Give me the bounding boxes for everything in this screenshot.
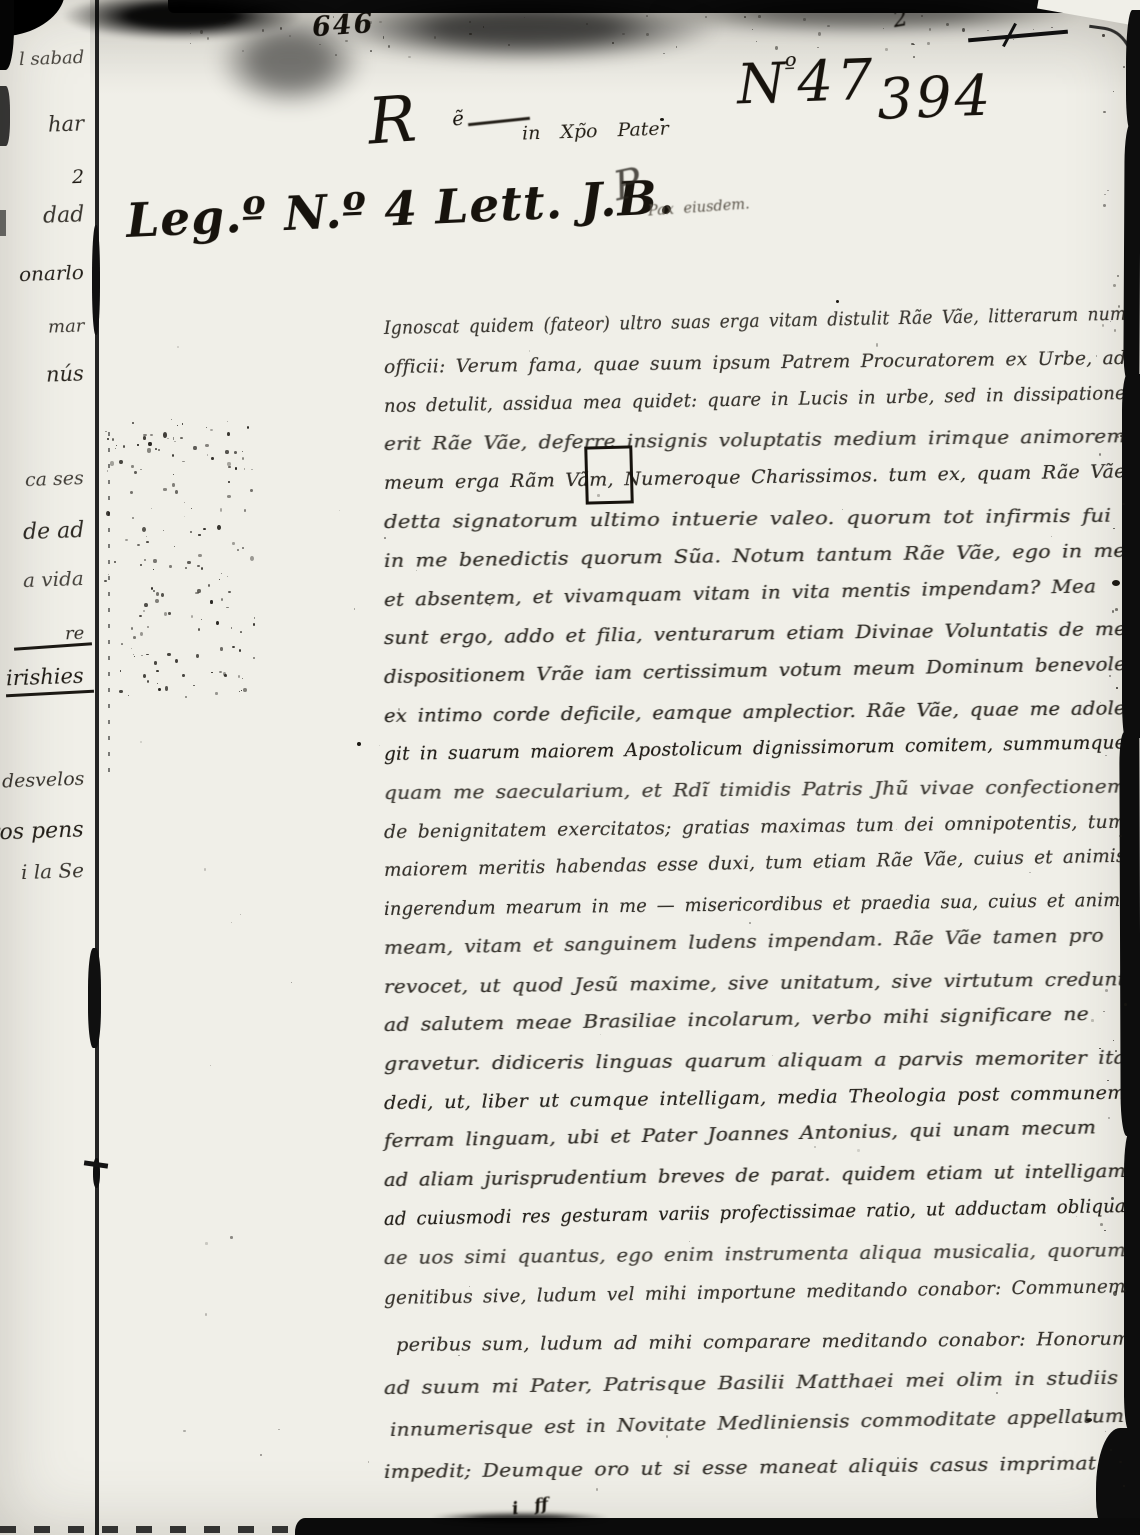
ink-speckle [146,654,148,655]
ink-speckle [1108,1117,1110,1119]
manuscript-line: et absentem, et vivamquam vitam in vita … [384,576,1097,611]
manuscript-line: sunt ergo, addo et filia, venturarum eti… [384,619,1126,649]
ink-speckle [139,615,142,617]
manuscript-line: ex intimo corde deficile, eamque amplect… [384,698,1126,727]
ink-speckle [132,517,133,518]
ink-speckle [1113,528,1114,529]
manuscript-line: dispositionem Vrãe iam certissimum votum… [384,654,1126,688]
ink-speckle [154,661,157,664]
ink-speckle [156,592,159,596]
ink-speckle [1122,503,1125,506]
ink-speckle [163,488,167,490]
ink-speckle [114,561,116,562]
manuscript-line: maiorem meritis habendas esse duxi, tum … [384,846,1126,881]
ink-speckle [183,1430,185,1432]
ink-speckle [597,494,599,497]
ink-speckle [1102,324,1105,327]
ink-speckle [158,688,161,691]
ink-speckle [1091,1019,1093,1022]
ink-speckle [672,443,674,445]
manuscript-line: revocet, ut quod Jesũ maxime, sive unita… [384,969,1126,998]
ink-blot [660,118,664,121]
ink-speckle [105,431,107,432]
ink-speckle [131,465,134,468]
ink-speckle [1123,1290,1126,1292]
ink-speckle [175,659,178,663]
ink-speckle [646,15,648,17]
ink-speckle [1112,610,1114,613]
ink-speckle [133,654,134,655]
ink-speckle [227,495,231,498]
ink-speckle [187,561,190,564]
ink-speckle [1114,329,1116,332]
ink-speckle [215,692,217,695]
letter-body: Ignoscat quidem (fateor) ultro suas erga… [0,0,1140,1535]
ink-speckle [205,1242,207,1245]
ink-speckle [200,30,203,34]
ink-speckle [232,646,235,648]
ink-speckle [191,615,193,618]
ink-speckle [705,16,706,18]
ink-speckle [106,511,110,516]
ink-speckle [121,643,123,645]
manuscript-line: ad cuiusmodi res gesturam variis profect… [384,1196,1126,1230]
ink-blot [1086,1418,1092,1422]
ink-speckle [163,432,167,437]
scan-smudge [430,1512,610,1524]
ink-speckle [1111,1197,1114,1200]
ink-speckle [857,1149,860,1152]
ink-speckle [143,434,146,437]
ink-speckle [151,587,153,590]
ink-speckle [339,510,340,511]
ink-speckle [251,469,252,470]
ink-blot [1112,580,1120,586]
ink-speckle [398,708,400,711]
ink-speckle [144,603,148,607]
ink-speckle [397,982,399,984]
ink-speckle [146,541,149,543]
ink-speckle [235,467,237,469]
scan-edge-bottom-bar [295,1518,1140,1535]
ink-speckle [434,36,436,39]
manuscript-line: git in suarum maiorem Apostolicum dignis… [384,732,1126,765]
ink-speckle [172,454,174,457]
scan-edge-mark [0,210,6,236]
ink-speckle [193,446,196,451]
ink-speckle [216,621,219,625]
manuscript-line: ingerendum mearum in me — misericordibus… [384,890,1127,920]
manuscript-line: ad suum mi Pater, Patrisque Basilii Matt… [384,1368,1119,1399]
ink-speckle [134,471,137,474]
ink-speckle [1051,27,1052,28]
ink-speckle [165,686,168,690]
ink-speckle [458,1355,459,1356]
ink-speckle [1004,437,1005,439]
ink-speckle [803,18,806,21]
ink-speckle [408,56,411,58]
ink-speckle [489,604,492,606]
scan-edge-mark [0,86,10,146]
ink-speckle [242,547,244,549]
manuscript-line: nos detulit, assidua mea quidet: quare i… [384,383,1126,417]
ink-speckle [1117,275,1119,276]
ink-blot [357,742,361,746]
ink-speckle [143,436,147,440]
manuscript-line: innumerisque est in Novitate Medliniensi… [390,1406,1125,1441]
ink-speckle [240,631,242,633]
ink-speckle [1120,435,1123,437]
ink-speckle [205,1313,207,1316]
ink-speckle [110,461,114,465]
manuscript-line: dedi, ut, liber ut cumque intelligam, me… [384,1083,1126,1114]
manuscript-line: meum erga Rãm Vãm, Numeroque Charissimos… [384,461,1126,494]
ink-speckle [168,612,171,615]
ink-speckle [140,469,141,470]
ink-speckle [225,450,229,453]
scanned-manuscript-page: l sabadhar2dadonarlomarnúsca sesde ada v… [0,0,1140,1535]
ink-speckle [242,457,244,460]
ink-speckle [524,17,525,18]
ink-speckle [689,1241,690,1242]
ink-speckle [869,796,871,798]
scan-smudge [650,0,1080,34]
manuscript-line: ad aliam jurisprudentium breves de parat… [384,1161,1126,1191]
ink-speckle [876,343,879,346]
manuscript-line: in me benedictis quorum Sũa. Notum tantu… [384,541,1126,572]
ink-speckle [612,42,614,43]
ink-speckle [197,589,200,594]
manuscript-line: peribus sum, ludum ad mihi comparare med… [396,1329,1131,1356]
ink-speckle [1115,549,1118,552]
ink-speckle [150,434,152,436]
ink-speckle [223,22,226,24]
ink-speckle [622,33,625,36]
ink-speckle [817,47,819,48]
ink-speckle [1110,1449,1112,1451]
ink-speckle [921,15,923,17]
ink-speckle [230,1236,233,1238]
ink-speckle [370,50,372,52]
ink-speckle [1103,1011,1105,1012]
ink-speckle [1119,835,1122,837]
ink-speckle [228,481,230,483]
ink-speckle [155,448,157,450]
ink-speckle [335,54,337,56]
ink-speckle [875,1388,876,1389]
ink-speckle [196,654,199,657]
ink-speckle [210,600,213,603]
ink-speckle [158,449,160,451]
ink-speckle [153,559,156,563]
ink-speckle [237,549,239,551]
ink-speckle [232,542,235,546]
ink-speckle [144,559,145,560]
ink-speckle [171,419,172,420]
ink-speckle [210,1065,211,1066]
scan-edge-right [1124,1130,1140,1430]
manuscript-line: genitibus sive, ludum vel mihi importune… [384,1276,1126,1309]
ink-speckle [146,536,147,538]
manuscript-line: gravetur. didiceris linguas quarum aliqu… [384,1048,1126,1075]
ink-speckle [164,612,167,616]
ink-speckle [198,554,201,557]
ink-speckle [108,574,109,575]
ink-speckle [243,688,247,692]
ink-speckle [172,483,175,487]
ink-speckle [962,28,965,32]
manuscript-line: Ignoscat quidem (fateor) ultro suas erga… [384,304,1127,339]
ink-speckle [929,28,931,31]
ink-speckle [508,44,510,45]
ink-speckle [1123,1485,1125,1487]
manuscript-line: impedit; Deumque oro ut si esse maneat a… [384,1453,1097,1483]
ink-speckle [185,567,186,569]
ink-speckle [1076,1216,1077,1217]
ink-speckle [133,636,136,639]
ink-speckle [758,15,761,18]
scan-edge-right [1123,124,1140,380]
ink-speckle [369,21,372,24]
ink-speckle [147,448,150,452]
ink-speckle [416,570,417,571]
ink-speckle [744,16,746,18]
ink-speckle [119,460,123,464]
scan-edge-right [1119,732,1140,1136]
ink-speckle [384,537,386,539]
ink-speckle [137,444,139,445]
scan-edge-bottom-dashes [0,1526,295,1533]
ink-speckle [191,508,192,509]
ink-speckle [344,16,346,19]
ink-speckle [752,29,753,30]
ink-speckle [142,527,146,532]
ink-speckle [227,462,230,466]
boxed-word-mark [584,445,634,504]
ink-speckle [184,516,185,517]
ink-speckle [1105,755,1106,756]
manuscript-line: ferram linguam, ubi et Pater Joannes Ant… [384,1117,1097,1152]
ink-speckle [469,1286,470,1287]
ink-speckle [253,623,255,625]
ink-speckle [1109,675,1110,676]
ink-speckle [140,632,143,636]
manuscript-line: erit Rãe Vãe, deferre insignis voluptati… [384,426,1126,455]
scan-edge-right [1122,374,1140,738]
manuscript-line: meam, vitam et sanguinem ludens impendam… [384,925,1104,959]
ink-speckle [153,590,155,592]
ink-speckle [996,1392,998,1394]
ink-speckle [169,565,172,569]
scan-edge-right [1126,10,1140,130]
ink-speckle [201,619,202,620]
ink-speckle [155,599,159,603]
ink-speckle [1099,453,1101,456]
ink-speckle [201,567,204,570]
ink-speckle [1113,91,1114,92]
manuscript-line: ad salutem meae Brasiliae incolarum, ver… [384,1004,1089,1036]
ink-speckle [220,647,223,650]
manuscript-line: officii: Verum fama, quae suum ipsum Pat… [384,348,1126,378]
manuscript-line: detta signatorum ultimo intuerie valeo. … [384,506,1111,533]
ink-speckle [137,544,140,546]
ink-speckle [198,534,200,535]
ink-blot [836,300,839,303]
manuscript-line: ae uos simi quantus, ego enim instrument… [384,1240,1126,1269]
ink-speckle [666,1435,668,1438]
ink-speckle [1047,351,1049,353]
ink-speckle [708,481,710,483]
manuscript-line: de benignitatem exercitatos; gratias max… [384,812,1126,843]
ink-speckle [231,627,232,628]
ink-speckle [646,33,649,36]
manuscript-line: quam me saecularium, et Rdĩ timidis Patr… [384,777,1126,804]
